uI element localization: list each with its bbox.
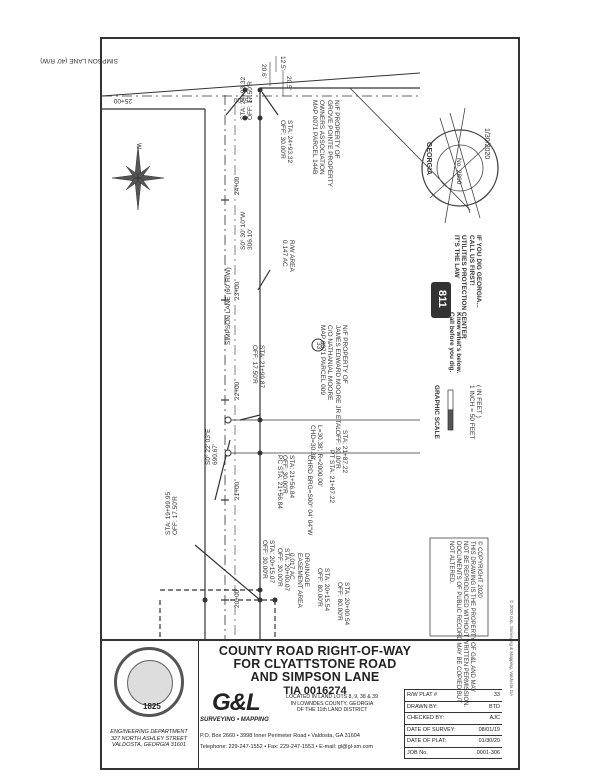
- seal-state-text: GEORGIA: [424, 142, 432, 175]
- station-label: 20+00: [234, 590, 241, 608]
- firm-address: P.O. Box 2660 • 3998 Inner Perimeter Roa…: [200, 731, 373, 753]
- simpson-lane-60-label: SIMPSON LANE (60' R/W): [225, 267, 232, 345]
- station-label: 23+00: [234, 282, 241, 300]
- station-label: 25+00: [114, 97, 132, 104]
- north-arrow-icon: [112, 146, 164, 210]
- station-label: 22+00: [234, 382, 241, 400]
- call811-sub: Know what's below.Call before you dig.: [447, 312, 462, 373]
- plat-sheet: SIMPSON LANE (40' R/W) 25+00 25+00 20.6'…: [0, 0, 600, 777]
- callout-text: STA: 20+15.07OFF: 30.00'R: [260, 540, 275, 583]
- dim-label: 12.5': [279, 56, 286, 70]
- callout-text: STA: 24+93.32OFF: 30.00'R: [278, 120, 293, 163]
- engineering-dept-address: ENGINEERING DEPARTMENT 327 NORTH ASHLEY …: [100, 729, 198, 749]
- info-row: R/W PLAT #33: [405, 689, 502, 702]
- callout-text: STA: 21+87.22OFF: 30.00'R: [333, 430, 348, 473]
- info-row: DRAWN BY:BTD: [405, 702, 502, 714]
- callout-text: STA: 20+15.54OFF: 80.00'R: [315, 568, 330, 611]
- station-label: 21+00: [234, 482, 241, 500]
- bearing-label: S0° 22' 03"E690.67': [205, 428, 220, 465]
- seal-date-text: 1/30/2020: [482, 128, 490, 159]
- callout-text: STA: 20+00.54OFF: 80.00'R: [335, 582, 350, 625]
- curve-data-text: CHRD BRG=S00° 04' 04"W: [306, 455, 313, 535]
- dim-label: 20.6': [260, 64, 267, 78]
- owner-south-text: N/F PROPERTY OFJAMES EDWARD MOORE JR ETA…: [318, 325, 348, 431]
- station-label: 24+00: [234, 177, 241, 195]
- plat-info-table: R/W PLAT #33 DRAWN BY:BTD CHECKED BY:AJC…: [404, 689, 502, 759]
- callout-text: STA: 24+93.32OFF: 17.50'R: [240, 77, 255, 120]
- info-row: DATE OF SURVEY:08/01/19: [405, 725, 502, 737]
- owner-north-text: N/F PROPERTY OFGROVE POINTE PROPERTYOWNE…: [310, 100, 340, 187]
- simpson-lane-40-label: SIMPSON LANE (40' R/W): [40, 57, 118, 64]
- info-row: DATE OF PLAT:01/30/20: [405, 736, 502, 748]
- drainage-easement-label: DRAINAGEEASEMENT AREA0.017 AC: [288, 553, 310, 608]
- compass-n: W: [135, 143, 142, 149]
- dim-label: 20.5': [285, 76, 292, 90]
- callout-text: PC STA: 21+56.84: [276, 455, 283, 509]
- county-seal-box: 1825 ENGINEERING DEPARTMENT 327 NORTH AS…: [100, 641, 199, 770]
- rw-area-label: R/W AREA0.147 AC: [280, 240, 295, 272]
- info-row: CHECKED BY:AJC: [405, 713, 502, 725]
- firm-tagline: SURVEYING • MAPPING: [200, 717, 269, 723]
- county-seal-icon: 1825: [114, 647, 184, 717]
- callout-text: STA: 21+99.87OFF: 17.50'R: [250, 345, 265, 388]
- seal-number-text: No. 2890: [455, 158, 462, 184]
- location-text: LOCATED IN LAND LOTS 8, 9, 38 & 39 IN LO…: [262, 694, 402, 714]
- graphic-scale-bar: [448, 390, 453, 430]
- call811-number: 811: [435, 290, 448, 308]
- graphic-scale-units: ( IN FEET )1 INCH = 50 FEET: [467, 385, 482, 439]
- graphic-scale-title: GRAPHIC SCALE: [433, 385, 440, 439]
- callout-text: PT STA: 21+87.22: [328, 450, 335, 503]
- info-row: JOB No.0001-306: [405, 748, 502, 760]
- firm-logo: G&L: [212, 689, 260, 717]
- callout-text: STA: 19+99.95OFF: 17.50'R: [165, 492, 180, 535]
- bearing-label: S0° 30' 10"W306.10': [240, 212, 255, 250]
